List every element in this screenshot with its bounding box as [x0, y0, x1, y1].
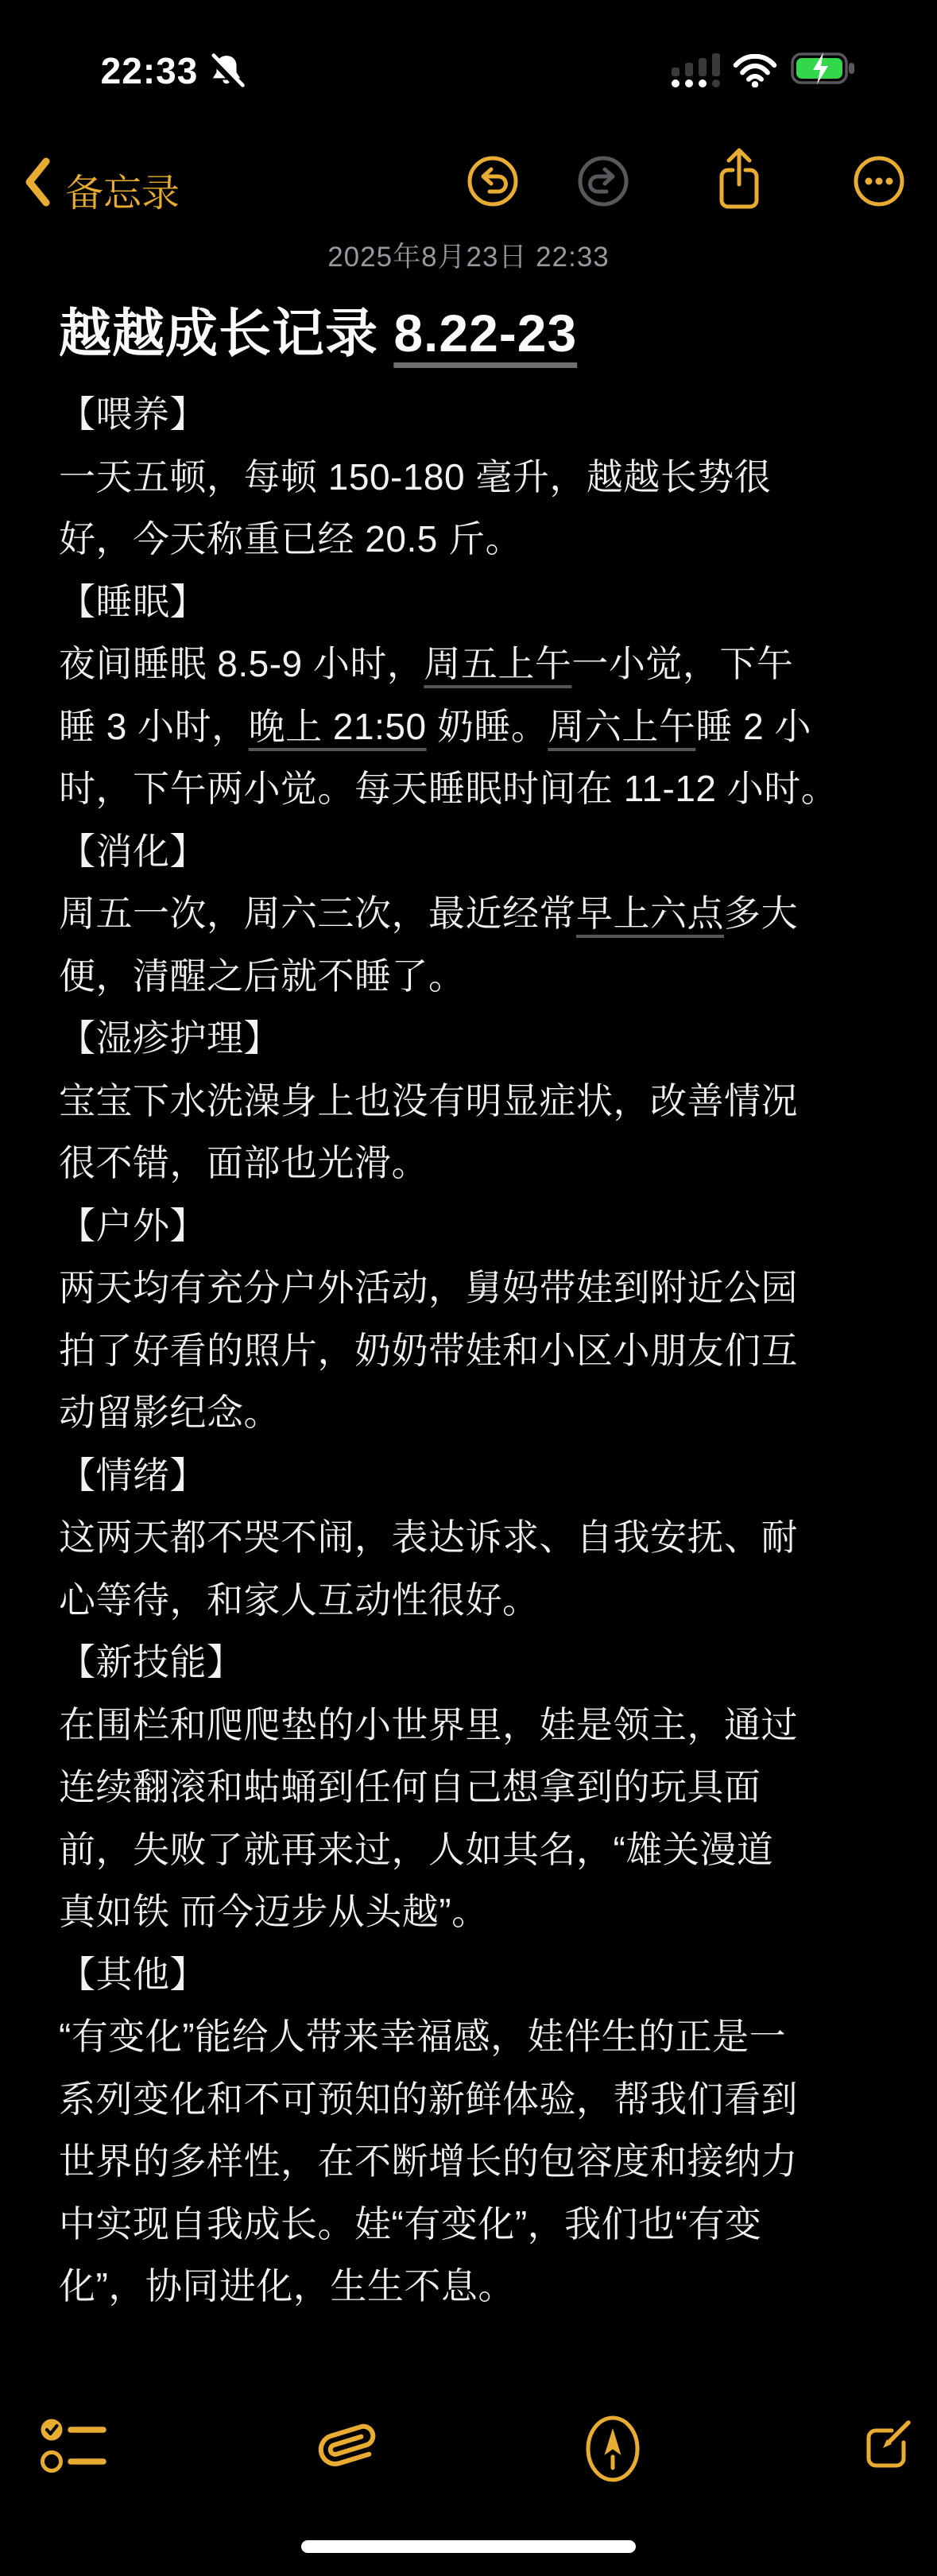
note-title: 越越成长记录 8.22-23: [59, 291, 885, 366]
note-line: 便，清醒之后就不睡了。: [59, 945, 887, 1008]
note-line: 世界的多样性，在不断增长的包容度和接纳力: [59, 2130, 887, 2193]
detected-datetime-link[interactable]: 早上六点: [576, 893, 724, 934]
chevron-left-icon: [24, 157, 51, 207]
note-text-segment: 拍了好看的照片，奶奶带娃和小区小朋友们互: [59, 1330, 798, 1371]
share-button[interactable]: [712, 146, 766, 203]
checklist-button[interactable]: [40, 2415, 106, 2477]
note-text-segment: 化”，协同进化，生生不息。: [59, 2265, 515, 2307]
note-text-segment: 连续翻滚和蛄蛹到任何自己想拿到的玩具面: [59, 1766, 761, 1807]
note-line: 时，下午两小觉。每天睡眠时间在 11-12 小时。: [59, 757, 887, 820]
note-text-segment: 中实现自我成长。娃“有变化”，我们也“有变: [59, 2203, 761, 2245]
note-text-segment: 【新技能】: [59, 1641, 244, 1683]
note-line: 【消化】: [59, 820, 887, 883]
paperclip-icon: [308, 2405, 388, 2487]
home-indicator[interactable]: [301, 2540, 636, 2553]
note-date: 2025年8月23日 22:33: [0, 235, 937, 275]
note-line: 周五一次，周六三次，最近经常早上六点多大: [59, 882, 887, 945]
note-text-segment: 【喂养】: [59, 393, 207, 435]
detected-datetime-link[interactable]: 晚上 21:50: [249, 706, 427, 747]
note-text-segment: 睡 2 小: [695, 706, 811, 747]
note-text-segment: 睡 3 小时，: [59, 706, 249, 747]
note-line: 【其他】: [59, 1943, 887, 2006]
note-text-segment: 【睡眠】: [59, 581, 207, 622]
notes-app-screen: 22:33: [0, 0, 937, 2576]
note-line: 好，今天称重已经 20.5 斤。: [59, 508, 887, 571]
note-line: 在围栏和爬爬垫的小世界里，娃是领主，通过: [59, 1694, 887, 1757]
note-text-segment: 在围栏和爬爬垫的小世界里，娃是领主，通过: [59, 1704, 798, 1745]
compose-note-button[interactable]: [858, 2415, 916, 2475]
note-text-segment: “有变化”能给人带来幸福感，娃伴生的正是一: [59, 2016, 786, 2057]
attachment-paperclip-button[interactable]: [319, 2415, 377, 2477]
note-text-segment: 动留影纪念。: [59, 1392, 281, 1433]
note-line: 很不错，面部也光滑。: [59, 1132, 887, 1195]
note-line: 睡 3 小时，晚上 21:50 奶睡。周六上午睡 2 小: [59, 695, 887, 758]
detected-datetime-link[interactable]: 周五上午: [424, 643, 571, 684]
note-line: 中实现自我成长。娃“有变化”，我们也“有变: [59, 2193, 887, 2256]
note-line: “有变化”能给人带来幸福感，娃伴生的正是一: [59, 2005, 887, 2068]
note-line: 宝宝下水洗澡身上也没有明显症状，改善情况: [59, 1070, 887, 1133]
more-options-button[interactable]: [852, 153, 906, 210]
note-text-segment: 夜间睡眠 8.5-9 小时，: [59, 643, 424, 684]
note-text-segment: 很不错，面部也光滑。: [59, 1142, 428, 1183]
wifi-icon: [732, 54, 778, 87]
detected-datetime-link[interactable]: 周六上午: [548, 706, 695, 747]
note-line: 【睡眠】: [59, 571, 887, 633]
note-text-segment: 【其他】: [59, 1954, 207, 1995]
note-line: 系列变化和不可预知的新鲜体验，帮我们看到: [59, 2068, 887, 2131]
note-line: 拍了好看的照片，奶奶带娃和小区小朋友们互: [59, 1319, 887, 1382]
note-text-segment: 【湿疹护理】: [59, 1017, 281, 1059]
note-body[interactable]: 【喂养】一天五顿，每顿 150-180 毫升，越越长势很好，今天称重已经 20.…: [59, 383, 887, 2318]
note-line: 夜间睡眠 8.5-9 小时，周五上午一小觉，下午: [59, 633, 887, 695]
note-line: 【户外】: [59, 1195, 887, 1257]
note-text-segment: 多大: [724, 893, 798, 934]
note-text-segment: 宝宝下水洗澡身上也没有明显症状，改善情况: [59, 1080, 798, 1121]
note-line: 真如铁 而今迈步从头越”。: [59, 1881, 887, 1943]
undo-button[interactable]: [466, 153, 520, 210]
back-button[interactable]: 备忘录: [24, 156, 223, 211]
note-text-segment: 前，失败了就再来过，人如其名，“雄关漫道: [59, 1829, 773, 1870]
note-line: 一天五顿，每顿 150-180 毫升，越越长势很: [59, 446, 887, 509]
note-text-segment: 便，清醒之后就不睡了。: [59, 955, 466, 997]
note-text-segment: 时，下午两小觉。每天睡眠时间在 11-12 小时。: [59, 768, 838, 809]
back-label: 备忘录: [65, 162, 180, 217]
note-line: 【湿疹护理】: [59, 1007, 887, 1070]
note-line: 前，失败了就再来过，人如其名，“雄关漫道: [59, 1819, 887, 1881]
note-text-segment: 周五一次，周六三次，最近经常: [59, 893, 576, 934]
note-text-segment: 世界的多样性，在不断增长的包容度和接纳力: [59, 2140, 798, 2182]
note-line: 两天均有充分户外活动，舅妈带娃到附近公园: [59, 1257, 887, 1319]
note-title-text: 越越成长记录: [59, 304, 393, 362]
note-line: 这两天都不哭不闹，表达诉求、自我安抚、耐: [59, 1506, 887, 1569]
redo-button[interactable]: [576, 153, 630, 210]
note-text-segment: 两天均有充分户外活动，舅妈带娃到附近公园: [59, 1267, 798, 1308]
note-text-segment: 心等待，和家人互动性很好。: [59, 1579, 540, 1621]
note-line: 动留影纪念。: [59, 1381, 887, 1444]
note-text-segment: 【消化】: [59, 831, 207, 872]
note-text-segment: 一天五顿，每顿 150-180 毫升，越越长势很: [59, 456, 771, 498]
note-title-date-link[interactable]: 8.22-23: [393, 304, 577, 362]
battery-charging-icon: [791, 51, 856, 86]
note-text-segment: 【户外】: [59, 1205, 207, 1246]
note-line: 心等待，和家人互动性很好。: [59, 1569, 887, 1632]
note-text-segment: 一小觉，下午: [571, 643, 793, 684]
note-text-segment: 这两天都不哭不闹，表达诉求、自我安抚、耐: [59, 1517, 798, 1558]
note-text-segment: 系列变化和不可预知的新鲜体验，帮我们看到: [59, 2078, 798, 2120]
markup-pen-button[interactable]: [583, 2415, 642, 2483]
note-text-segment: 真如铁 而今迈步从头越”。: [59, 1891, 489, 1932]
status-time: 22:33: [94, 49, 205, 92]
note-text-segment: 【情绪】: [59, 1455, 207, 1496]
note-line: 【新技能】: [59, 1631, 887, 1694]
note-text-segment: 好，今天称重已经 20.5 斤。: [59, 518, 522, 560]
cellular-signal-icon: [672, 54, 721, 87]
note-line: 连续翻滚和蛄蛹到任何自己想拿到的玩具面: [59, 1756, 887, 1819]
notifications-silenced-icon: [208, 52, 245, 89]
note-line: 【喂养】: [59, 383, 887, 446]
note-line: 化”，协同进化，生生不息。: [59, 2255, 887, 2318]
note-line: 【情绪】: [59, 1444, 887, 1507]
note-text-segment: 奶睡。: [427, 706, 548, 747]
